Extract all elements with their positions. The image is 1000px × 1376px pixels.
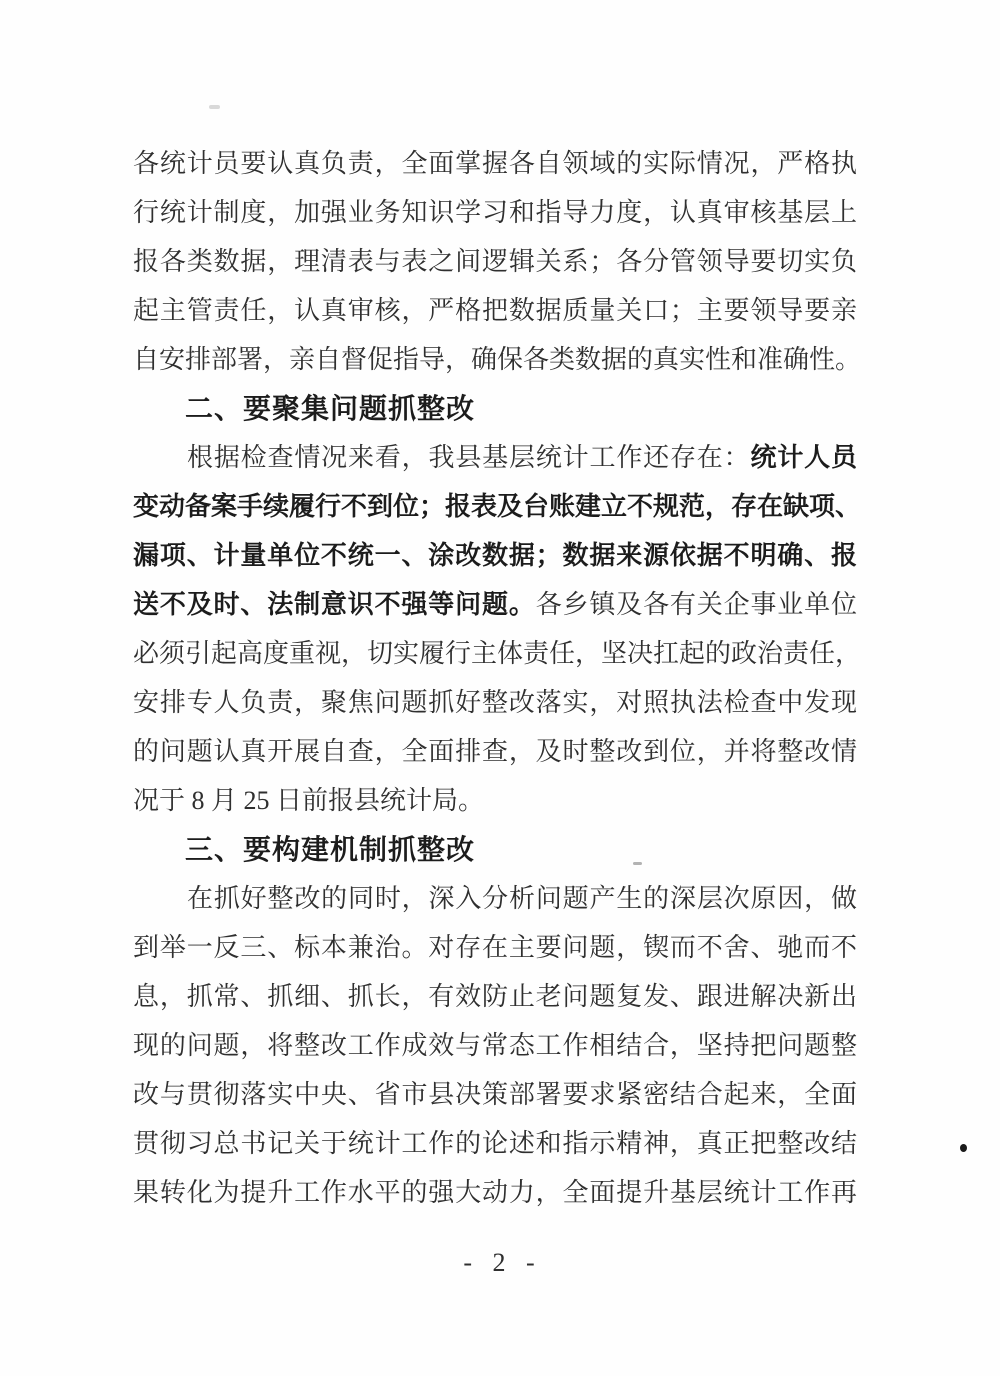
text-line: 在抓好整改的同时，深入分析问题产生的深层次原因，做 <box>133 874 857 923</box>
text-segment: 起主管责任，认真审核，严格把数据质量关口；主要领导要亲 <box>133 296 857 325</box>
text-line: 果转化为提升工作水平的强大动力，全面提升基层统计工作再 <box>133 1168 857 1217</box>
text-segment: 三、要构建机制抓整改 <box>185 834 475 865</box>
text-segment: 各统计员要认真负责，全面掌握各自领域的实际情况，严格执 <box>133 149 857 178</box>
text-line: 安排专人负责，聚焦问题抓好整改落实，对照执法检查中发现 <box>133 678 857 727</box>
text-line: 行统计制度，加强业务知识学习和指导力度，认真审核基层上 <box>133 188 857 237</box>
text-segment: 行统计制度，加强业务知识学习和指导力度，认真审核基层上 <box>133 198 857 227</box>
text-segment: 况于 8 月 25 日前报县统计局。 <box>133 786 484 815</box>
text-segment: 息，抓常、抓细、抓长，有效防止老问题复发、跟进解决新出 <box>133 982 857 1011</box>
text-line: 改与贯彻落实中央、省市县决策部署要求紧密结合起来，全面 <box>133 1070 857 1119</box>
text-segment: 贯彻习总书记关于统计工作的论述和指示精神，真正把整改结 <box>133 1129 857 1158</box>
text-line: 漏项、计量单位不统一、涂改数据；数据来源依据不明确、报 <box>133 531 857 580</box>
text-segment: 在抓好整改的同时，深入分析问题产生的深层次原因，做 <box>187 884 857 913</box>
text-line: 的问题认真开展自查，全面排查，及时整改到位，并将整改情 <box>133 727 857 776</box>
text-segment: 统计人员 <box>750 443 857 472</box>
text-block: 各统计员要认真负责，全面掌握各自领域的实际情况，严格执行统计制度，加强业务知识学… <box>133 139 857 1217</box>
scan-speck <box>960 1144 967 1152</box>
text-line: 各统计员要认真负责，全面掌握各自领域的实际情况，严格执 <box>133 139 857 188</box>
text-line: 现的问题，将整改工作成效与常态工作相结合，坚持把问题整 <box>133 1021 857 1070</box>
text-segment: 果转化为提升工作水平的强大动力，全面提升基层统计工作再 <box>133 1178 857 1207</box>
section-heading: 三、要构建机制抓整改 <box>133 825 857 874</box>
text-line: 息，抓常、抓细、抓长，有效防止老问题复发、跟进解决新出 <box>133 972 857 1021</box>
text-line: 起主管责任，认真审核，严格把数据质量关口；主要领导要亲 <box>133 286 857 335</box>
text-segment: 漏项、计量单位不统一、涂改数据；数据来源依据不明确、报 <box>133 541 857 570</box>
text-line: 自安排部署，亲自督促指导，确保各类数据的真实性和准确性。 <box>133 335 857 384</box>
text-line: 贯彻习总书记关于统计工作的论述和指示精神，真正把整改结 <box>133 1119 857 1168</box>
text-line: 变动备案手续履行不到位；报表及台账建立不规范，存在缺项、 <box>133 482 857 531</box>
text-segment: 到举一反三、标本兼治。对存在主要问题，锲而不舍、驰而不 <box>133 933 857 962</box>
text-segment: 安排专人负责，聚焦问题抓好整改落实，对照执法检查中发现 <box>133 688 857 717</box>
page-number: - 2 - <box>0 1248 1000 1278</box>
text-line: 况于 8 月 25 日前报县统计局。 <box>133 776 857 825</box>
text-segment: 各乡镇及各有关企事业单位 <box>536 590 857 619</box>
text-segment: 必须引起高度重视，切实履行主体责任，坚决扛起的政治责任， <box>133 639 857 668</box>
text-segment: 二、要聚集问题抓整改 <box>185 393 475 424</box>
scan-speck <box>209 105 220 109</box>
text-segment: 改与贯彻落实中央、省市县决策部署要求紧密结合起来，全面 <box>133 1080 857 1109</box>
text-line: 必须引起高度重视，切实履行主体责任，坚决扛起的政治责任， <box>133 629 857 678</box>
scanned-document-page: 各统计员要认真负责，全面掌握各自领域的实际情况，严格执行统计制度，加强业务知识学… <box>0 0 1000 1376</box>
text-line: 报各类数据，理清表与表之间逻辑关系；各分管领导要切实负 <box>133 237 857 286</box>
text-segment: 送不及时、法制意识不强等问题。 <box>133 590 536 619</box>
text-line: 送不及时、法制意识不强等问题。各乡镇及各有关企事业单位 <box>133 580 857 629</box>
scan-speck <box>633 862 642 865</box>
text-line: 根据检查情况来看，我县基层统计工作还存在：统计人员 <box>133 433 857 482</box>
text-segment: 现的问题，将整改工作成效与常态工作相结合，坚持把问题整 <box>133 1031 857 1060</box>
text-segment: 变动备案手续履行不到位；报表及台账建立不规范，存在缺项、 <box>133 492 857 521</box>
text-segment: 的问题认真开展自查，全面排查，及时整改到位，并将整改情 <box>133 737 857 766</box>
section-heading: 二、要聚集问题抓整改 <box>133 384 857 433</box>
text-line: 到举一反三、标本兼治。对存在主要问题，锲而不舍、驰而不 <box>133 923 857 972</box>
text-segment: 报各类数据，理清表与表之间逻辑关系；各分管领导要切实负 <box>133 247 857 276</box>
text-segment: 根据检查情况来看，我县基层统计工作还存在： <box>187 443 750 472</box>
text-segment: 自安排部署，亲自督促指导，确保各类数据的真实性和准确性。 <box>133 345 857 374</box>
